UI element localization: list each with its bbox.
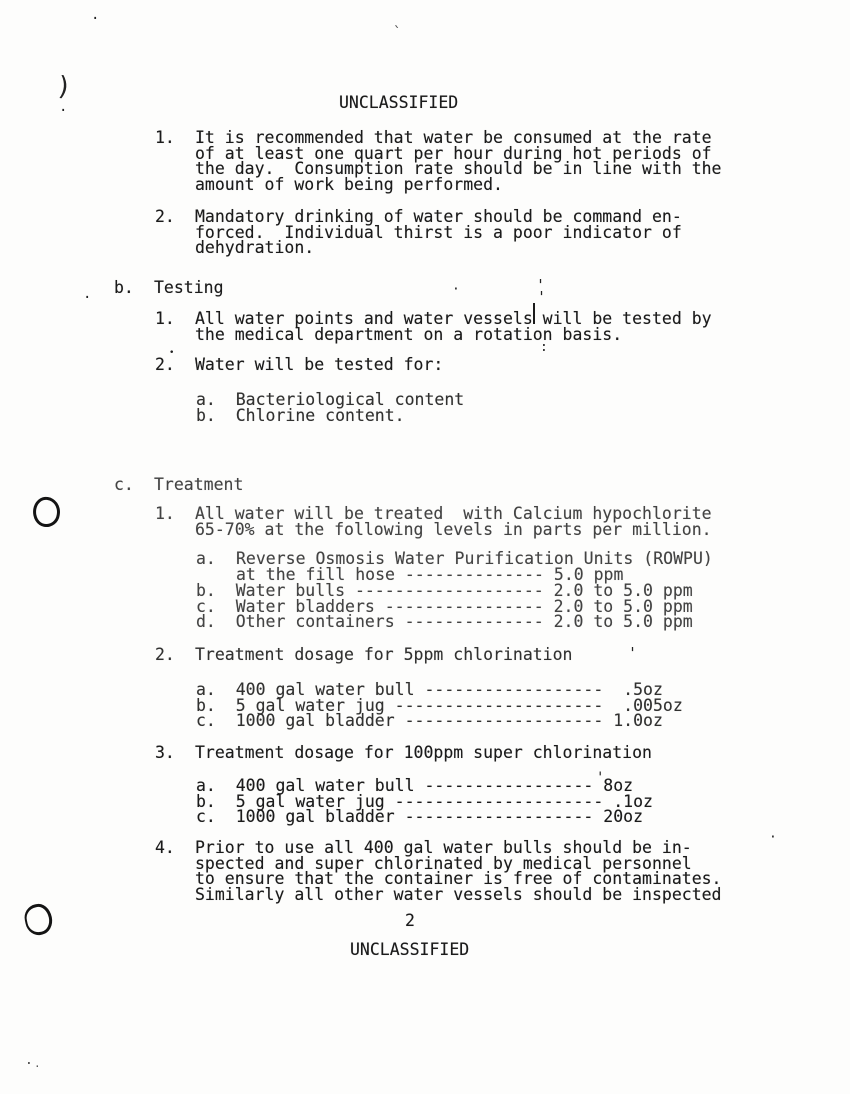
- section-c-item-4-label: 4.: [155, 840, 195, 856]
- section-b-item-1: 1. All water points and water vessels wi…: [155, 311, 712, 342]
- section-c-item-1-sublist-text: b. Water bulls ------------------- 2.0 t…: [196, 583, 693, 630]
- section-b-item-2-sublist-text: a. Bacteriological content b. Chlorine c…: [196, 392, 464, 423]
- section-c-item-1: 1. All water will be treated with Calciu…: [155, 506, 712, 537]
- scan-speck: `: [393, 26, 401, 42]
- scan-speck: ': [596, 771, 604, 787]
- section-c-item-2-label: 2.: [155, 647, 195, 663]
- section-c-label: c.: [114, 477, 154, 493]
- handwritten-paren-mark: ): [55, 79, 72, 96]
- section-c-item-3: 3. Treatment dosage for 100ppm super chl…: [155, 745, 652, 761]
- section-c-item-2-sublist-text: a. 400 gal water bull ------------------…: [196, 682, 683, 729]
- section-c-item-3-label: 3.: [155, 745, 195, 761]
- scan-speck: ·: [769, 830, 777, 846]
- list-item-1-text: It is recommended that water be consumed…: [195, 130, 722, 193]
- section-b-label: b.: [114, 280, 154, 296]
- section-c-item-3-sublist-text: a. 400 gal water bull ----------------- …: [196, 778, 653, 825]
- section-b-item-1-label: 1.: [155, 311, 195, 327]
- classification-footer: UNCLASSIFIED: [350, 942, 469, 958]
- scan-speck: :: [540, 340, 548, 356]
- classification-header-text: UNCLASSIFIED: [339, 95, 458, 111]
- scan-speck: •: [169, 346, 174, 362]
- page-number: 2: [405, 913, 415, 929]
- scan-speck: .: [25, 1053, 33, 1069]
- section-c-item-1-sublist: b. Water bulls ------------------- 2.0 t…: [196, 583, 693, 630]
- list-item-1: 1. It is recommended that water be consu…: [155, 130, 722, 193]
- section-b-title: Testing: [154, 280, 224, 296]
- section-c-item-3-sublist: a. 400 gal water bull ----------------- …: [196, 778, 653, 825]
- section-c-item-2: 2. Treatment dosage for 5ppm chlorinatio…: [155, 647, 573, 663]
- scan-speck: ·: [452, 282, 460, 298]
- section-c-item-1-label: 1.: [155, 506, 195, 522]
- section-c-title: Treatment: [154, 477, 243, 493]
- scan-speck: ': [628, 646, 637, 662]
- section-c-heading: c. Treatment: [114, 477, 243, 493]
- scan-speck: .: [91, 8, 99, 24]
- section-c-item-1-sub-a-label: a.: [196, 551, 236, 567]
- section-c-item-4: 4. Prior to use all 400 gal water bulls …: [155, 840, 722, 903]
- scanned-document-page: UNCLASSIFIED 1. It is recommended that w…: [0, 0, 850, 1094]
- section-c-item-4-text: Prior to use all 400 gal water bulls sho…: [195, 840, 722, 903]
- hole-punch-mark: [31, 495, 62, 528]
- section-c-item-1-text: All water will be treated with Calcium h…: [195, 506, 712, 537]
- list-item-2: 2. Mandatory drinking of water should be…: [155, 209, 682, 256]
- scan-line-artifact: [533, 303, 535, 324]
- scan-speck: .: [34, 1056, 41, 1072]
- section-c-item-3-text: Treatment dosage for 100ppm super chlori…: [195, 745, 652, 761]
- section-b-item-2-label: 2.: [155, 357, 195, 373]
- section-c-item-2-text: Treatment dosage for 5ppm chlorination: [195, 647, 573, 663]
- hole-punch-mark: [22, 902, 55, 938]
- section-b-item-2-sublist: a. Bacteriological content b. Chlorine c…: [196, 392, 464, 423]
- section-b-item-1-text: All water points and water vessels will …: [195, 311, 712, 342]
- classification-footer-text: UNCLASSIFIED: [350, 942, 469, 958]
- classification-header: UNCLASSIFIED: [339, 95, 458, 111]
- scan-speck: ': [537, 290, 546, 306]
- section-c-item-1-sub-a-text: Reverse Osmosis Water Purification Units…: [236, 551, 713, 582]
- section-b-heading: b. Testing: [114, 280, 224, 296]
- list-item-1-label: 1.: [155, 130, 195, 146]
- section-b-item-2-text: Water will be tested for:: [195, 357, 443, 373]
- section-c-item-1-sub-a: a. Reverse Osmosis Water Purification Un…: [196, 551, 713, 582]
- list-item-2-text: Mandatory drinking of water should be co…: [195, 209, 682, 256]
- list-item-2-label: 2.: [155, 209, 195, 225]
- section-c-item-2-sublist: a. 400 gal water bull ------------------…: [196, 682, 683, 729]
- scan-speck: .: [83, 287, 91, 303]
- section-b-item-2: 2. Water will be tested for:: [155, 357, 443, 373]
- scan-speck: .: [59, 100, 67, 116]
